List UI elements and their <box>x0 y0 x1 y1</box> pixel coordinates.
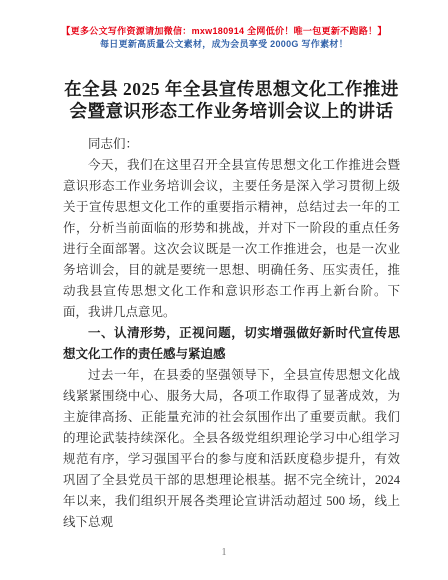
paragraph-review: 过去一年，在县委的坚强领导下，全县宣传思想文化战线紧紧围绕中心、服务大局，各项工… <box>63 365 400 533</box>
salutation: 同志们： <box>63 134 400 155</box>
page-number: 1 <box>0 547 448 558</box>
paragraph-intro: 今天，我们在这里召开全县宣传思想文化工作推进会暨意识形态工作业务培训会议，主要任… <box>63 155 400 323</box>
promo-line-1: 【更多公文写作资源请加微信：mxw180914 全网低价！唯一包更新不跑路！】 <box>0 25 448 38</box>
promo-header: 【更多公文写作资源请加微信：mxw180914 全网低价！唯一包更新不跑路！】 … <box>0 25 448 51</box>
section-heading-1: 一、认清形势，正视问题，切实增强做好新时代宣传思想文化工作的责任感与紧迫感 <box>63 323 400 365</box>
promo-line-2: 每日更新高质量公文素材，成为会员享受 2000G 写作素材！ <box>0 38 448 51</box>
document-body: 同志们： 今天，我们在这里召开全县宣传思想文化工作推进会暨意识形态工作业务培训会… <box>63 134 400 533</box>
document-title: 在全县 2025 年全县宣传思想文化工作推进会暨意识形态工作业务培训会议上的讲话 <box>63 78 400 122</box>
document-page: 【更多公文写作资源请加微信：mxw180914 全网低价！唯一包更新不跑路！】 … <box>0 0 448 580</box>
